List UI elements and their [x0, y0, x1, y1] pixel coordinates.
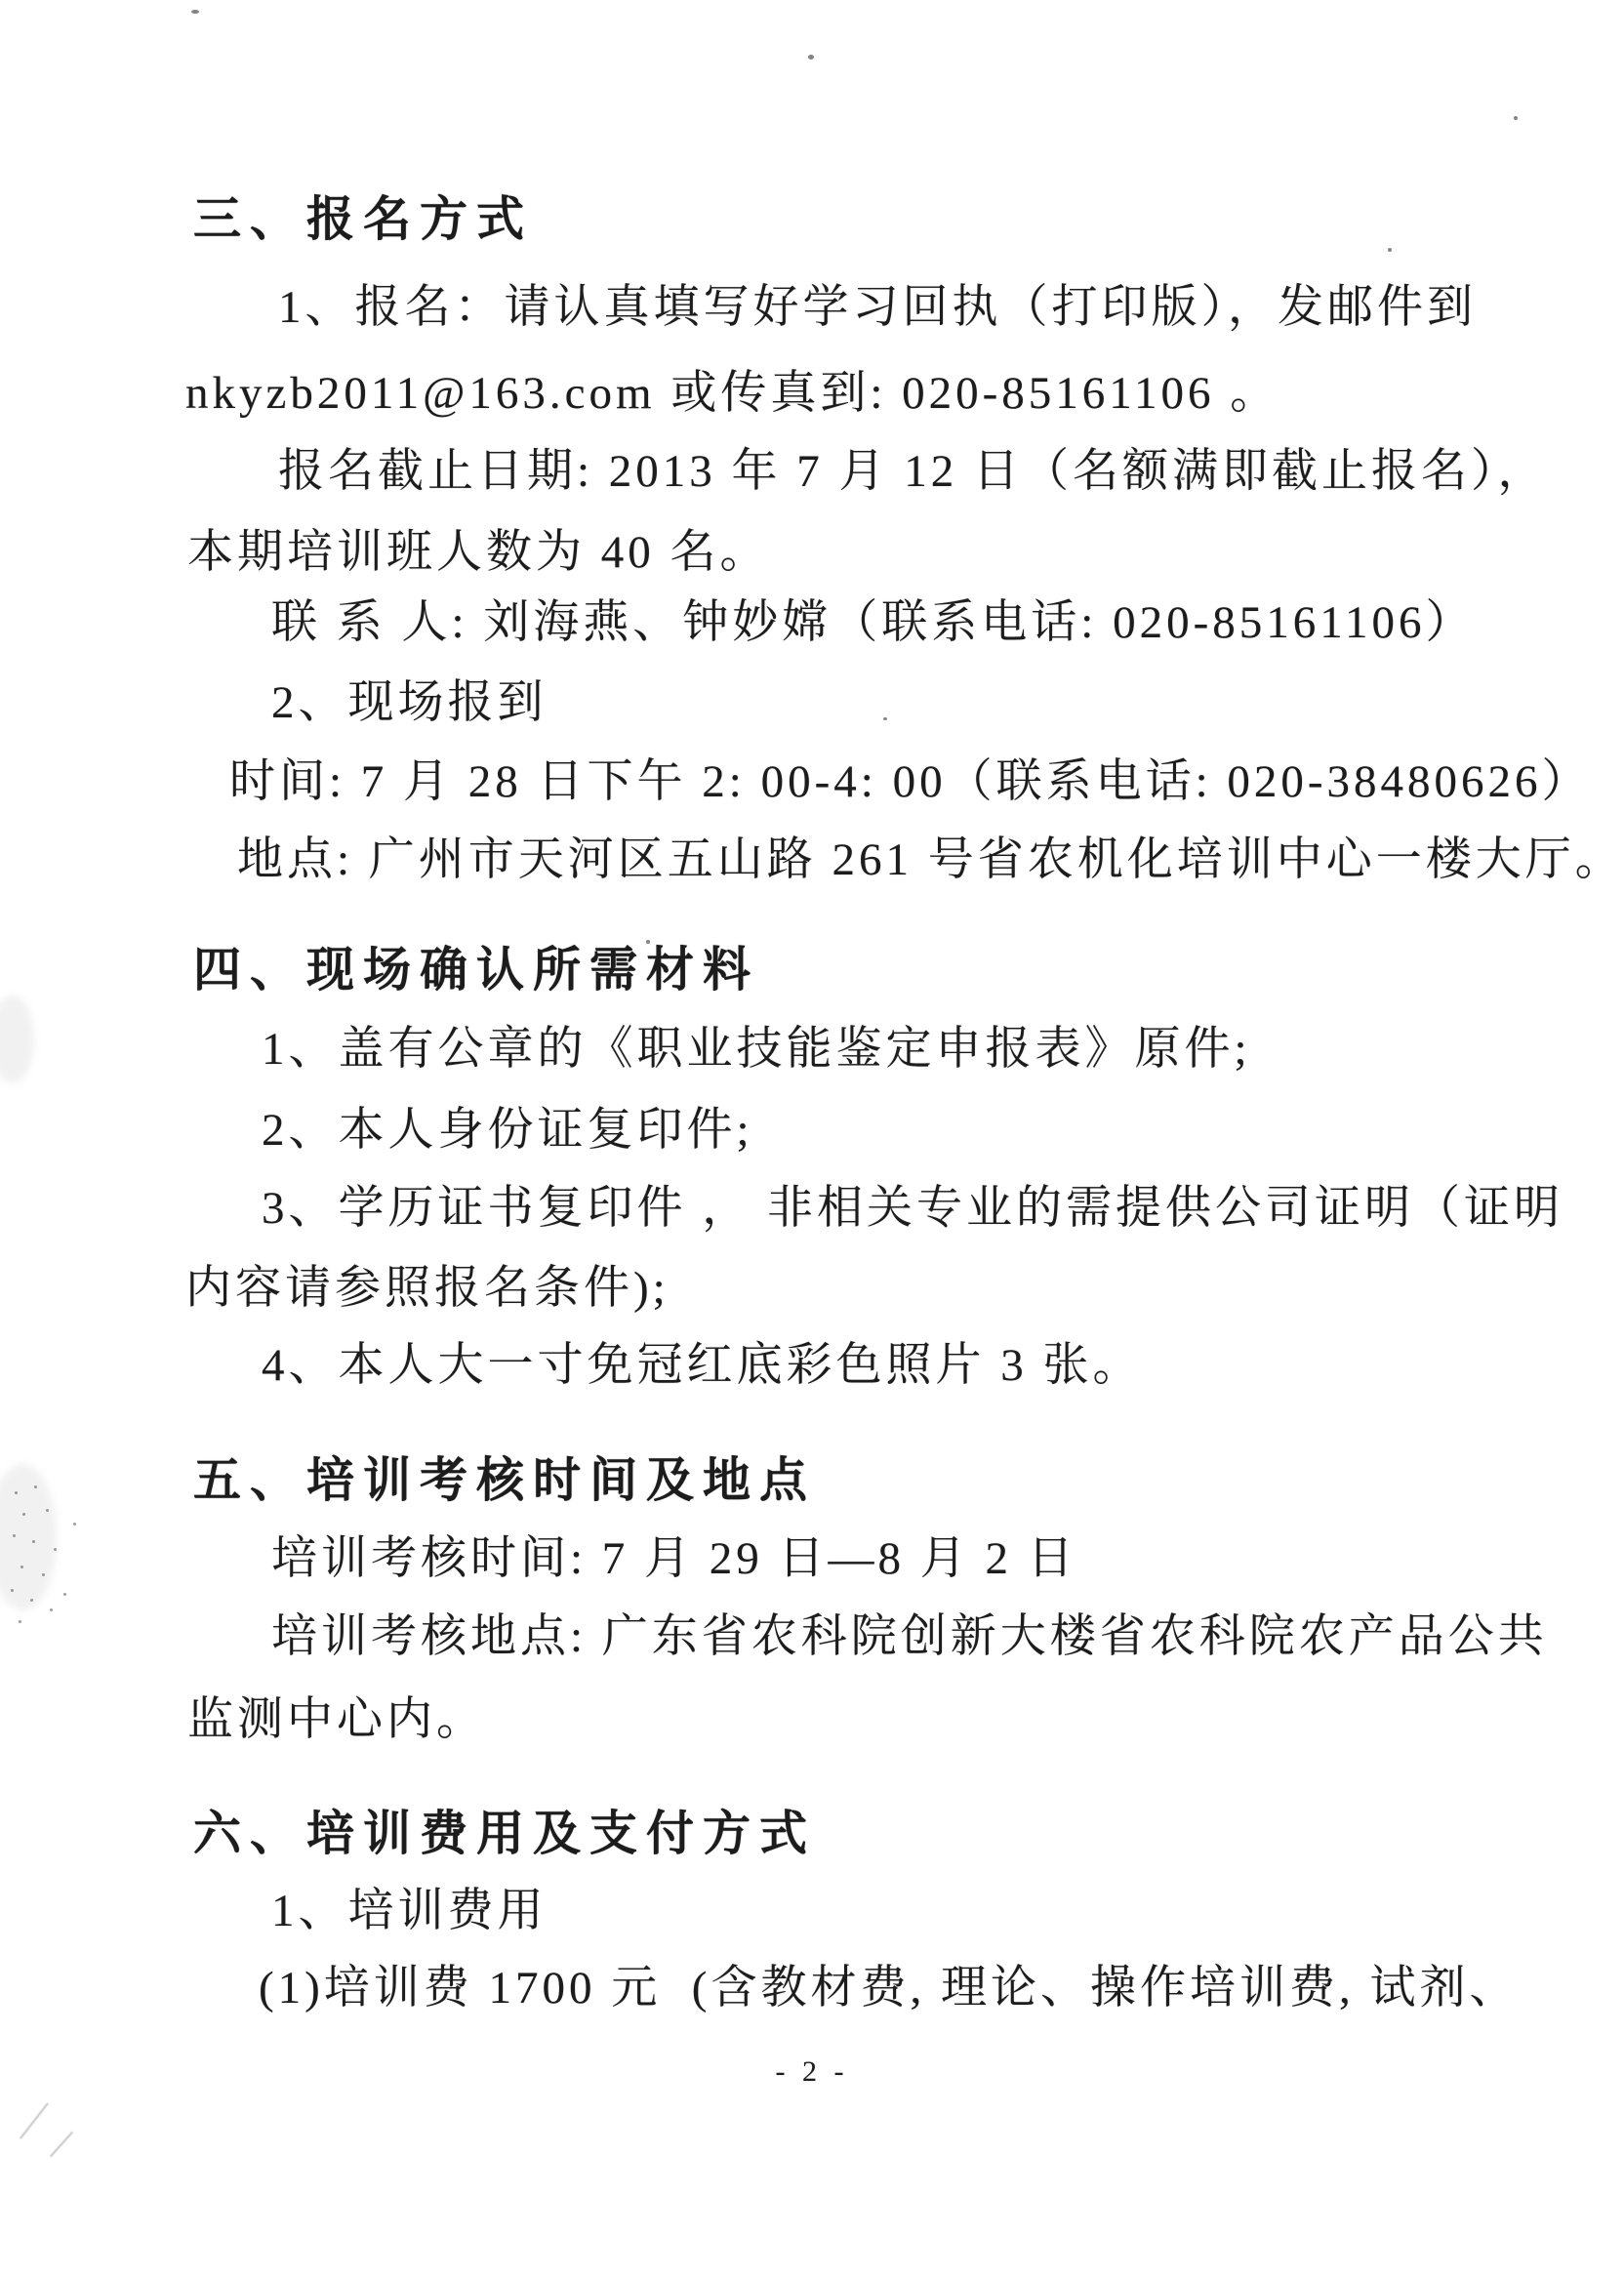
- section-heading-required-materials: 四、现场确认所需材料: [193, 944, 759, 997]
- scan-scratch: [50, 2132, 73, 2158]
- checkin-time-line: 时间: 7 月 28 日下午 2: 00-4: 00（联系电话: 020-384…: [229, 757, 1592, 808]
- fee-subheading-line: 1、培训费用: [271, 1887, 548, 1937]
- contact-person-line: 联 系 人: 刘海燕、钟妙嫦（联系电话: 020-85161106）: [271, 598, 1476, 649]
- material-item-1-line: 1、盖有公章的《职业技能鉴定申报表》原件;: [262, 1025, 1251, 1076]
- registration-step1-line: 1、报名：请认真填写好学习回执（打印版），发邮件到: [278, 283, 1477, 334]
- scan-speck: [808, 55, 814, 60]
- page-number: - 2 -: [0, 2055, 1624, 2089]
- scan-speck: [543, 1472, 547, 1475]
- section-heading-registration-method: 三、报名方式: [193, 193, 533, 246]
- material-item-3-line: 3、学历证书复印件 ， 非相关专业的需提供公司证明（证明: [262, 1184, 1563, 1235]
- registration-deadline-line: 报名截止日期: 2013 年 7 月 12 日（名额满即截止报名），: [278, 447, 1548, 498]
- scan-dot-cluster: [5, 1484, 93, 1640]
- scan-speck: [646, 940, 650, 944]
- section-heading-training-time-place: 五、培训考核时间及地点: [193, 1454, 816, 1507]
- scanned-document-page: 三、报名方式 1、报名：请认真填写好学习回执（打印版），发邮件到 nkyzb20…: [0, 0, 1624, 2278]
- onsite-checkin-subheading: 2、现场报到: [271, 678, 548, 729]
- class-size-line: 本期培训班人数为 40 名。: [187, 528, 770, 579]
- scan-speck: [1388, 248, 1392, 252]
- training-time-line: 培训考核时间: 7 月 29 日—8 月 2 日: [271, 1534, 1077, 1585]
- scan-speck: [883, 717, 887, 720]
- training-place-continuation-line: 监测中心内。: [187, 1695, 486, 1746]
- training-place-line: 培训考核地点: 广东省农科院创新大楼省农科院农产品公共: [271, 1612, 1548, 1663]
- scan-scratch: [20, 2102, 49, 2138]
- fee-amount-line: (1)培训费 1700 元 (含教材费, 理论、操作培训费, 试剂、: [259, 1964, 1519, 2014]
- scan-speck: [1181, 477, 1185, 480]
- material-item-3-continuation-line: 内容请参照报名条件);: [185, 1264, 670, 1315]
- email-fax-line: nkyzb2011@163.com 或传真到: 020-85161106 。: [185, 369, 1279, 420]
- scan-smudge: [0, 996, 34, 1083]
- material-item-4-line: 4、本人大一寸免冠红底彩色照片 3 张。: [262, 1341, 1143, 1392]
- scan-speck: [191, 10, 199, 14]
- scan-speck: [1514, 116, 1518, 120]
- checkin-location-line: 地点: 广州市天河区五山路 261 号省农机化培训中心一楼大厅。: [237, 835, 1624, 886]
- section-heading-fees-payment: 六、培训费用及支付方式: [193, 1808, 816, 1860]
- material-item-2-line: 2、本人身份证复印件;: [262, 1106, 753, 1157]
